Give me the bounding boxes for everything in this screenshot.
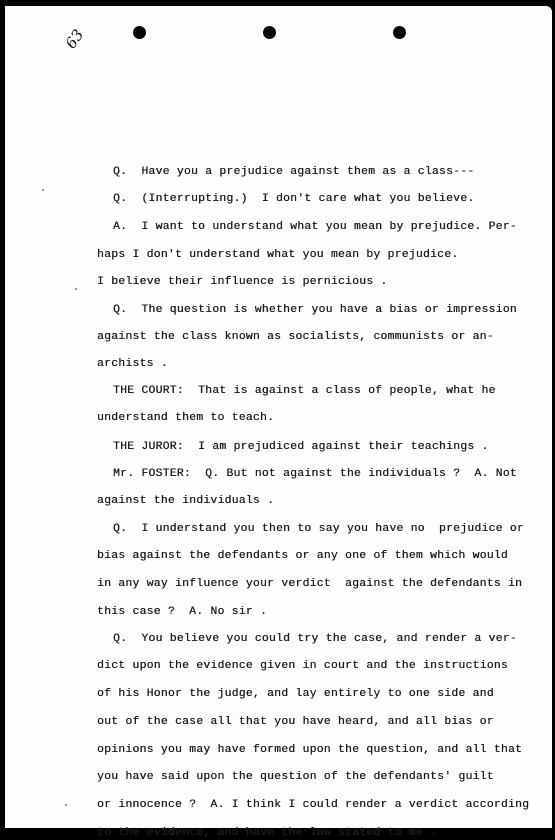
document-page: 63 Q. Have you a prejudice against them … [5,6,552,828]
transcript-line: archists . [97,358,168,370]
punch-hole-2 [263,26,276,39]
handwritten-page-number: 63 [62,26,88,52]
transcript-line: of his Honor the judge, and lay entirely… [97,688,494,700]
transcript-line: you have said upon the question of the d… [97,771,494,783]
transcript-line: to the evidence, and have the law stated… [97,827,437,839]
scan-speck [65,804,67,806]
transcript-line: Q. You believe you could try the case, a… [113,633,517,645]
transcript-line: against the class known as socialists, c… [97,331,494,343]
punch-hole-3 [393,26,406,39]
transcript-line: this case ? A. No sir . [97,606,267,618]
transcript-line: THE JUROR: I am prejudiced against their… [113,441,489,453]
transcript-line: A. I want to understand what you mean by… [113,221,517,233]
transcript-line: I believe their influence is pernicious … [97,276,388,288]
scan-speck [42,189,44,191]
transcript-line: or innocence ? A. I think I could render… [97,799,529,811]
transcript-line: Q. I understand you then to say you have… [113,523,524,535]
transcript-line: out of the case all that you have heard,… [97,716,494,728]
transcript-line: Q. Have you a prejudice against them as … [113,166,474,178]
transcript-line: bias against the defendants or any one o… [97,550,508,562]
transcript-line: against the individuals . [97,495,274,507]
transcript-line: THE COURT: That is against a class of pe… [113,385,496,397]
scan-speck [75,288,77,290]
transcript-line: opinions you may have formed upon the qu… [97,744,522,756]
transcript-line: Q. The question is whether you have a bi… [113,304,517,316]
transcript-line: dict upon the evidence given in court an… [97,660,508,672]
transcript-line: Q. (Interrupting.) I don't care what you… [113,193,474,205]
punch-hole-1 [133,26,146,39]
transcript-line: haps I don't understand what you mean by… [97,249,458,261]
transcript-line: understand them to teach. [97,412,274,424]
transcript-line: in any way influence your verdict agains… [97,578,522,590]
transcript-line: Mr. FOSTER: Q. But not against the indiv… [113,468,517,480]
